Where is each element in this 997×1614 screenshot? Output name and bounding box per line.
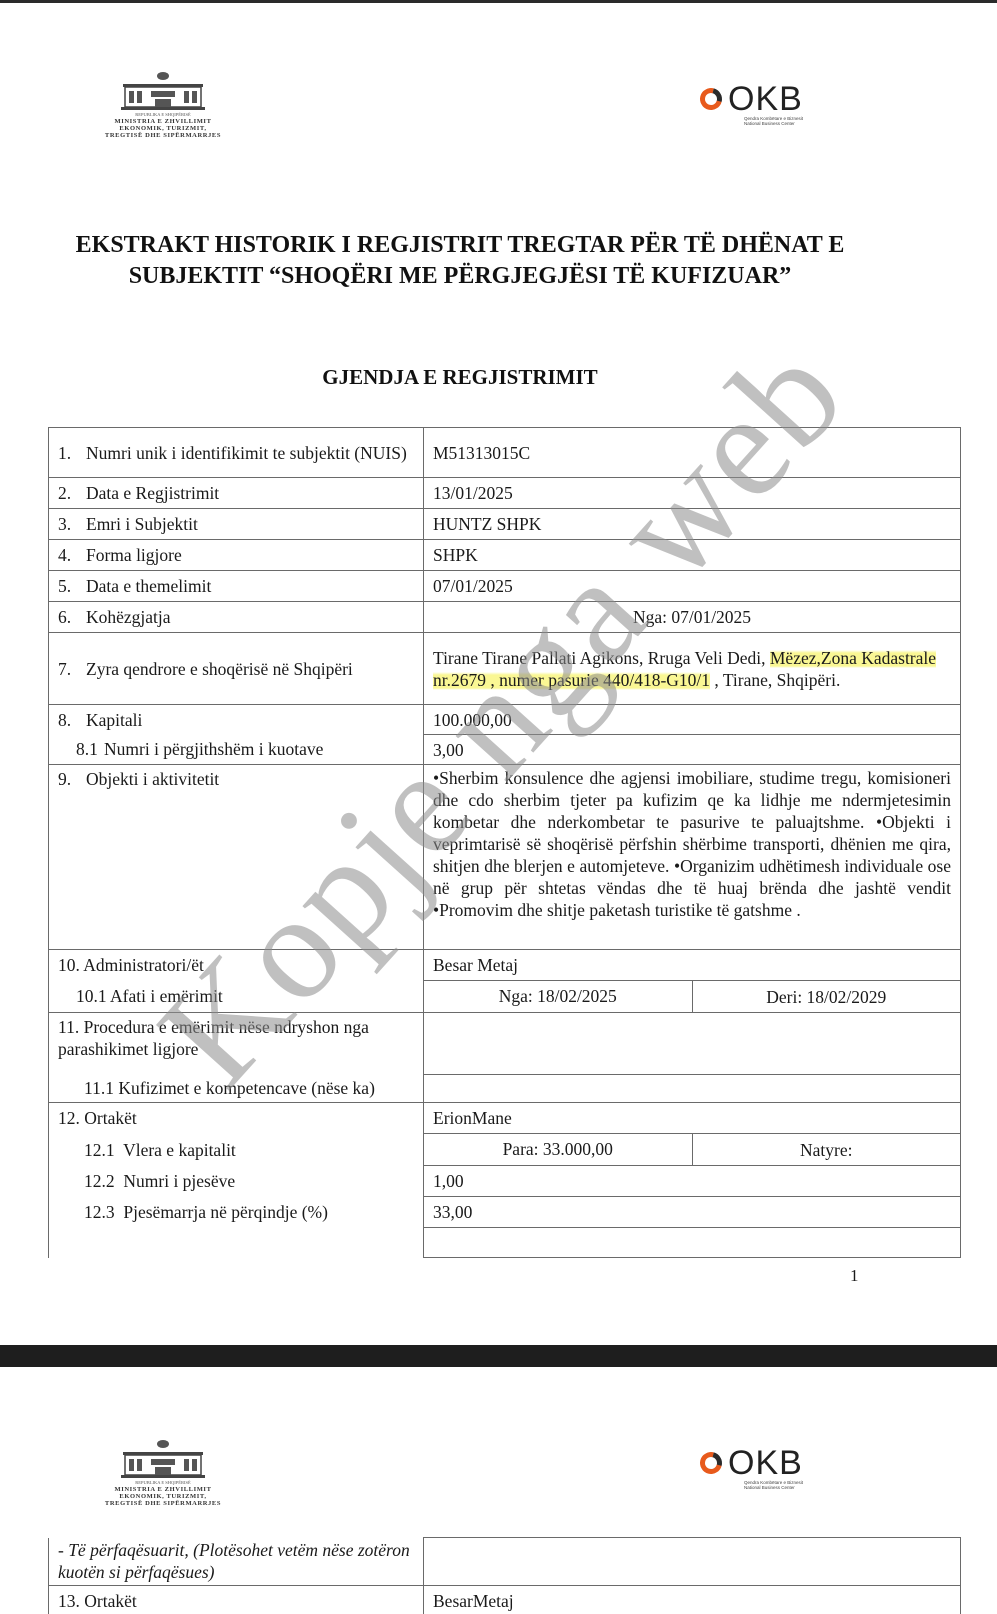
table-row: 3.Emri i Subjektit HUNTZ SHPK	[49, 509, 961, 540]
row-label: 8.Kapitali	[49, 705, 424, 735]
registration-table-continued: - Të përfaqësuarit, (Plotësohet vetëm në…	[48, 1537, 961, 1614]
legal-form-value: SHPK	[424, 540, 961, 571]
okb-ring-icon	[696, 84, 726, 114]
shares-count-value: 1,00	[424, 1166, 961, 1197]
capital-value: 100.000,00	[424, 705, 961, 735]
row-label: - Të përfaqësuarit, (Plotësohet vetëm në…	[49, 1538, 424, 1586]
okb-text: OKB	[728, 1444, 803, 1483]
head-office-value: Tirane Tirane Pallati Agikons, Rruga Vel…	[424, 633, 961, 705]
row-label: 12. Ortakët	[49, 1103, 424, 1134]
document-title: EKSTRAKT HISTORIK I REGJISTRIT TREGTAR P…	[60, 230, 860, 292]
row-label: 12.1 Vlera e kapitalit	[49, 1134, 424, 1166]
competence-limits-value	[424, 1075, 961, 1103]
okb-subtitle: Qendra Kombëtare e Biznesit National Bus…	[744, 116, 803, 126]
table-row: 6.Kohëzgjatja Nga: 07/01/2025	[49, 602, 961, 633]
table-row: 12. Ortakët ErionMane	[49, 1103, 961, 1134]
page-break-bar	[0, 1345, 997, 1367]
administrator-value: Besar Metaj	[424, 950, 961, 981]
duration-value: Nga: 07/01/2025	[424, 602, 961, 633]
participation-percent-value: 33,00	[424, 1197, 961, 1228]
row-label: 4.Forma ligjore	[49, 540, 424, 571]
appointment-procedure-value	[424, 1013, 961, 1075]
ministry-line: TREGTISË DHE SIPËRMARRJES	[78, 1500, 248, 1507]
table-row: 2.Data e Regjistrimit 13/01/2025	[49, 478, 961, 509]
row-label: 8.1Numri i përgjithshëm i kuotave	[49, 735, 424, 765]
subject-name-value: HUNTZ SHPK	[424, 509, 961, 540]
page-number: 1	[850, 1266, 859, 1286]
ministry-building-icon	[115, 1438, 211, 1480]
appointment-term: Nga: 18/02/2025 Deri: 18/02/2029	[424, 981, 961, 1013]
ministry-logo: REPUBLIKA E SHQIPËRISË MINISTRIA E ZHVIL…	[78, 1438, 248, 1507]
table-row: 12.2 Numri i pjesëve 1,00	[49, 1166, 961, 1197]
ministry-line: MINISTRIA E ZHVILLIMIT	[78, 1486, 248, 1493]
top-border	[0, 0, 997, 3]
row-label: 13. Ortakët	[49, 1586, 424, 1614]
table-row: 12.1 Vlera e kapitalit Para: 33.000,00 N…	[49, 1134, 961, 1166]
table-row: 8.Kapitali 100.000,00	[49, 705, 961, 735]
table-row: 10. Administratori/ët Besar Metaj	[49, 950, 961, 981]
table-row: 9.Objekti i aktivitetit •Sherbim konsule…	[49, 765, 961, 950]
row-label: 10. Administratori/ët	[49, 950, 424, 981]
okb-text: OKB	[728, 80, 803, 119]
ministry-line: EKONOMIK, TURIZMIT,	[78, 1493, 248, 1500]
empty-value	[424, 1228, 961, 1258]
table-row	[49, 1228, 961, 1258]
section-title: GJENDJA E REGJISTRIMIT	[290, 365, 630, 390]
row-label: 12.2 Numri i pjesëve	[49, 1166, 424, 1197]
ministry-line: MINISTRIA E ZHVILLIMIT	[78, 118, 248, 125]
address-text: Tirane Tirane Pallati Agikons, Rruga Vel…	[433, 648, 770, 668]
row-label: 5.Data e themelimit	[49, 571, 424, 602]
row-label: 10.1 Afati i emërimit	[49, 981, 424, 1013]
row-label: 11. Procedura e emërimit nëse ndryshon n…	[49, 1013, 424, 1075]
okb-subtitle: Qendra Kombëtare e Biznesit National Bus…	[744, 1480, 803, 1490]
table-row: 1.Numri unik i identifikimit te subjekti…	[49, 428, 961, 478]
table-row: 7.Zyra qendrore e shoqërisë në Shqipëri …	[49, 633, 961, 705]
row-label: 12.3 Pjesëmarrja në përqindje (%)	[49, 1197, 424, 1228]
ministry-line: TREGTISË DHE SIPËRMARRJES	[78, 132, 248, 139]
row-label: 1.Numri unik i identifikimit te subjekti…	[49, 428, 424, 478]
cash-contribution-value: Para: 33.000,00	[424, 1134, 693, 1165]
table-row: 11.1 Kufizimet e kompetencave (nëse ka)	[49, 1075, 961, 1103]
okb-logo: OKB Qendra Kombëtare e Biznesit National…	[698, 1444, 848, 1494]
okb-subtitle-line: National Business Center	[744, 121, 803, 126]
table-row: 11. Procedura e emërimit nëse ndryshon n…	[49, 1013, 961, 1075]
ministry-line: EKONOMIK, TURIZMIT,	[78, 125, 248, 132]
partner-value: BesarMetaj	[424, 1586, 961, 1614]
address-text: , Tirane, Shqipëri.	[710, 670, 840, 690]
capital-contribution: Para: 33.000,00 Natyre:	[424, 1134, 961, 1166]
activity-object-value: •Sherbim konsulence dhe agjensi imobilia…	[424, 765, 961, 950]
row-label: 11.1 Kufizimet e kompetencave (nëse ka)	[49, 1075, 424, 1103]
representatives-value	[424, 1538, 961, 1586]
ministry-building-icon	[115, 70, 211, 112]
okb-subtitle-line: National Business Center	[744, 1485, 803, 1490]
term-from-value: Nga: 18/02/2025	[424, 981, 693, 1012]
table-row: 4.Forma ligjore SHPK	[49, 540, 961, 571]
okb-ring-icon	[696, 1448, 726, 1478]
table-row: - Të përfaqësuarit, (Plotësohet vetëm në…	[49, 1538, 961, 1586]
row-label: 2.Data e Regjistrimit	[49, 478, 424, 509]
term-to-value: Deri: 18/02/2029	[693, 986, 961, 1008]
partner-value: ErionMane	[424, 1103, 961, 1134]
ministry-logo: REPUBLIKA E SHQIPËRISË MINISTRIA E ZHVIL…	[78, 70, 248, 139]
row-label: 9.Objekti i aktivitetit	[49, 765, 424, 950]
nuis-value: M51313015C	[424, 428, 961, 478]
founding-date-value: 07/01/2025	[424, 571, 961, 602]
row-label: 6.Kohëzgjatja	[49, 602, 424, 633]
row-label: 7.Zyra qendrore e shoqërisë në Shqipëri	[49, 633, 424, 705]
okb-logo: OKB Qendra Kombëtare e Biznesit National…	[698, 80, 848, 130]
row-label	[49, 1228, 424, 1258]
row-label: 3.Emri i Subjektit	[49, 509, 424, 540]
in-kind-contribution-value: Natyre:	[693, 1139, 961, 1161]
table-row: 5.Data e themelimit 07/01/2025	[49, 571, 961, 602]
table-row: 13. Ortakët BesarMetaj	[49, 1586, 961, 1614]
registration-date-value: 13/01/2025	[424, 478, 961, 509]
registration-table: 1.Numri unik i identifikimit te subjekti…	[48, 427, 961, 1258]
table-row: 10.1 Afati i emërimit Nga: 18/02/2025 De…	[49, 981, 961, 1013]
quota-count-value: 3,00	[424, 735, 961, 765]
table-row: 8.1Numri i përgjithshëm i kuotave 3,00	[49, 735, 961, 765]
table-row: 12.3 Pjesëmarrja në përqindje (%) 33,00	[49, 1197, 961, 1228]
